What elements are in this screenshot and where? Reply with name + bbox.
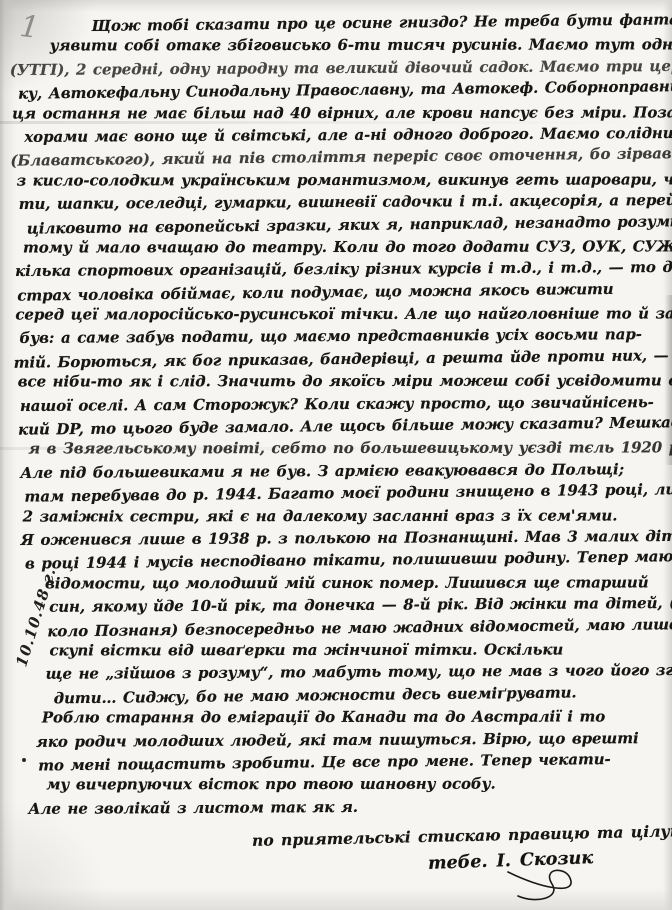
letter-line: му вичерпуючих вісток про твою шановну о… [46, 773, 672, 796]
scanned-letter-page: 1 10.10.48 г. Щож тобі сказати про це ос… [0, 0, 672, 910]
letter-line: все ніби-то як і слід. Значить до якоїсь… [18, 370, 672, 394]
letter-line: серед цеї малоросійсько-русинської тічки… [15, 302, 671, 326]
letter-closing: по приятельські стискаю правицю та цілую [252, 821, 672, 850]
letter-body: Щож тобі сказати про це осине гниздо? Не… [4, 10, 672, 820]
letter-line: відомости, що молодший мій синок помер. … [45, 571, 672, 594]
signature-flourish-icon [506, 868, 616, 906]
letter-line: ця остання не має більш над 40 вірних, а… [12, 101, 670, 125]
letter-line: Роблю старання до еміграції до Канади та… [42, 705, 672, 728]
letter-line: 2 заміжніх сестри, які є на далекому зас… [23, 504, 672, 528]
letter-line: Але не зволікай з листом так як я. [28, 794, 672, 820]
letter-line: тому й мало вчащаю до театру. Коли до то… [23, 235, 671, 259]
letter-line: скупі вістки від шваґерки та жінчиної ті… [49, 638, 672, 661]
letter-line: з кисло-солодким українським романтизмом… [17, 168, 671, 192]
letter-line: уявити собі отаке збіговисько 6-ти тисяч… [50, 34, 670, 57]
letter-line: я в Звягельському повіті, себто по больш… [28, 437, 672, 461]
